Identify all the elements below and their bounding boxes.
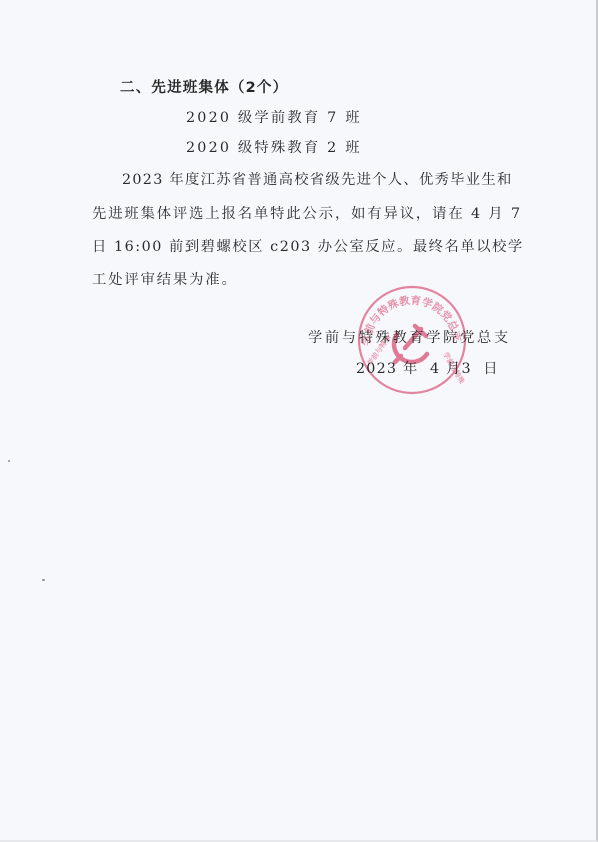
scan-speck	[42, 579, 45, 581]
paragraph-line-3: 日 16:00 前到碧螺校区 c203 办公室反应。最终名单以校学	[92, 238, 524, 256]
section-heading: 二、先进班集体（2个）	[120, 79, 288, 97]
date-month-unit: 月	[446, 360, 462, 378]
date-year-unit: 年	[403, 360, 419, 378]
date-month: 4	[430, 360, 440, 378]
signature-date: 2023 年 4 月3 日	[356, 360, 499, 378]
date-day: 3	[461, 360, 471, 378]
date-year: 2023	[356, 360, 397, 378]
signature-org: 学前与特殊教育学院党总支	[308, 329, 511, 347]
class-item-1: 2020 级学前教育 7 班	[186, 109, 362, 127]
paragraph-line-4: 工处评审结果为准。	[92, 271, 238, 289]
class-item-2: 2020 级特殊教育 2 班	[186, 139, 362, 157]
paragraph-line-1: 2023 年度江苏省普通高校省级先进个人、优秀毕业生和	[122, 171, 513, 189]
scan-speck	[8, 460, 10, 462]
document-page: 二、先进班集体（2个） 2020 级学前教育 7 班 2020 级特殊教育 2 …	[0, 0, 598, 842]
paragraph-line-2: 先进班集体评选上报名单特此公示，如有异议，请在 4 月 7	[92, 205, 522, 223]
date-day-unit: 日	[483, 360, 499, 378]
